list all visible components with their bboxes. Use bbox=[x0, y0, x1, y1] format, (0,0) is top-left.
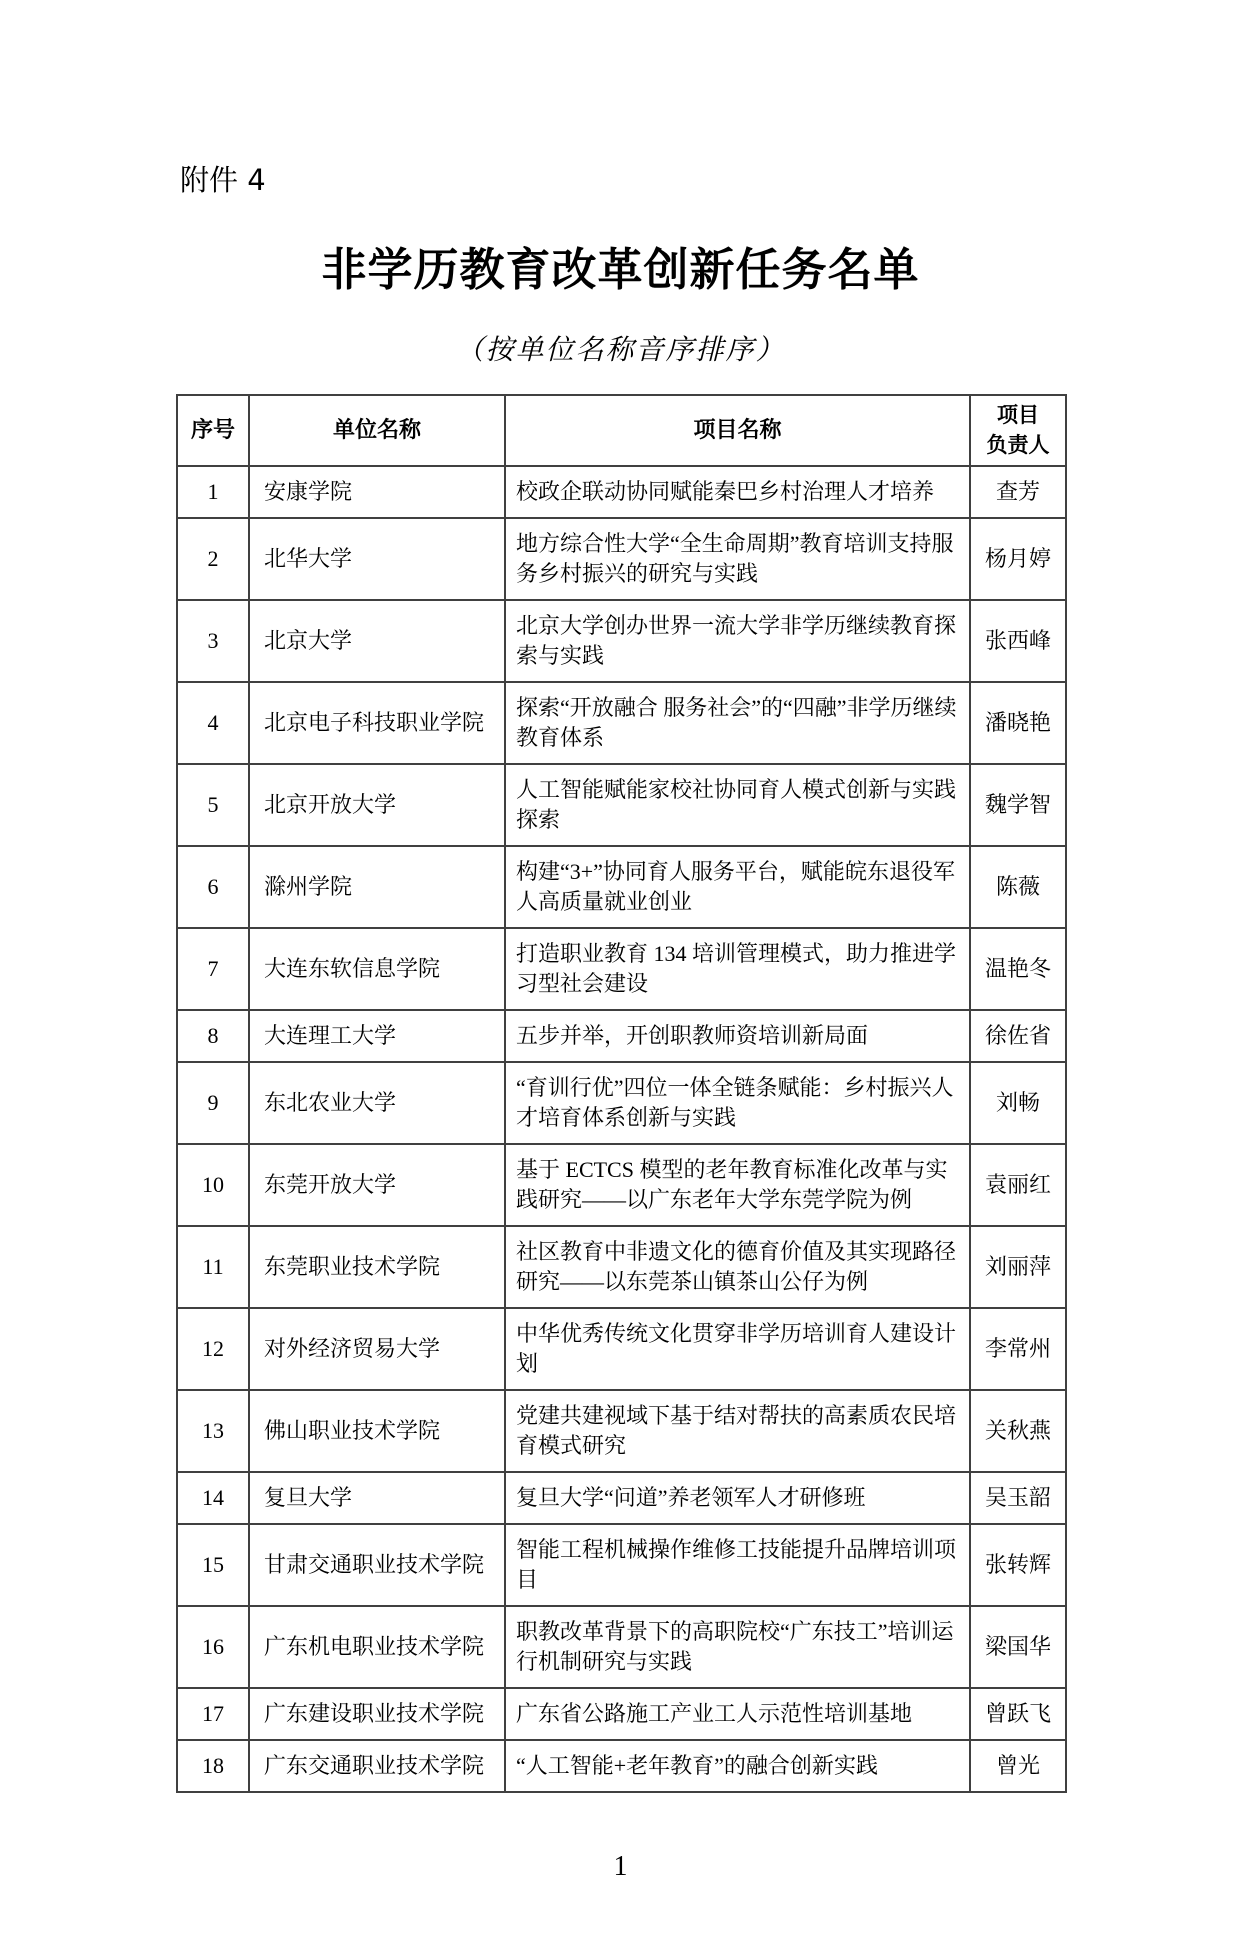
table-row: 17广东建设职业技术学院广东省公路施工产业工人示范性培训基地曾跃飞 bbox=[177, 1688, 1066, 1740]
table-body: 1安康学院校政企联动协同赋能秦巴乡村治理人才培养查芳2北华大学地方综合性大学“全… bbox=[177, 466, 1066, 1792]
serial-number-cell: 9 bbox=[177, 1062, 249, 1144]
unit-name-cell: 广东建设职业技术学院 bbox=[249, 1688, 505, 1740]
project-name-cell: 人工智能赋能家校社协同育人模式创新与实践探索 bbox=[505, 764, 970, 846]
leader-name-cell: 徐佐省 bbox=[970, 1010, 1066, 1062]
document-page: 附件 4 非学历教育改革创新任务名单 （按单位名称音序排序） 序号 单位名称 项… bbox=[0, 0, 1241, 1923]
project-name-cell: “育训行优”四位一体全链条赋能：乡村振兴人才培育体系创新与实践 bbox=[505, 1062, 970, 1144]
serial-number-cell: 14 bbox=[177, 1472, 249, 1524]
serial-number-cell: 11 bbox=[177, 1226, 249, 1308]
project-name-cell: 智能工程机械操作维修工技能提升品牌培训项目 bbox=[505, 1524, 970, 1606]
project-name-cell: 北京大学创办世界一流大学非学历继续教育探索与实践 bbox=[505, 600, 970, 682]
leader-name-cell: 袁丽红 bbox=[970, 1144, 1066, 1226]
serial-number-cell: 4 bbox=[177, 682, 249, 764]
unit-name-cell: 对外经济贸易大学 bbox=[249, 1308, 505, 1390]
header-project-leader-line1: 项目 bbox=[973, 400, 1063, 430]
table-row: 1安康学院校政企联动协同赋能秦巴乡村治理人才培养查芳 bbox=[177, 466, 1066, 518]
leader-name-cell: 温艳冬 bbox=[970, 928, 1066, 1010]
header-project-name: 项目名称 bbox=[505, 395, 970, 466]
serial-number-cell: 10 bbox=[177, 1144, 249, 1226]
leader-name-cell: 吴玉韶 bbox=[970, 1472, 1066, 1524]
table-row: 6滁州学院构建“3+”协同育人服务平台，赋能皖东退役军人高质量就业创业陈薇 bbox=[177, 846, 1066, 928]
serial-number-cell: 1 bbox=[177, 466, 249, 518]
leader-name-cell: 潘晓艳 bbox=[970, 682, 1066, 764]
table-row: 5北京开放大学人工智能赋能家校社协同育人模式创新与实践探索魏学智 bbox=[177, 764, 1066, 846]
project-name-cell: 社区教育中非遗文化的德育价值及其实现路径研究——以东莞茶山镇茶山公仔为例 bbox=[505, 1226, 970, 1308]
leader-name-cell: 曾跃飞 bbox=[970, 1688, 1066, 1740]
serial-number-cell: 13 bbox=[177, 1390, 249, 1472]
serial-number-cell: 15 bbox=[177, 1524, 249, 1606]
serial-number-cell: 8 bbox=[177, 1010, 249, 1062]
header-serial-number: 序号 bbox=[177, 395, 249, 466]
table-row: 11东莞职业技术学院社区教育中非遗文化的德育价值及其实现路径研究——以东莞茶山镇… bbox=[177, 1226, 1066, 1308]
leader-name-cell: 关秋燕 bbox=[970, 1390, 1066, 1472]
unit-name-cell: 东北农业大学 bbox=[249, 1062, 505, 1144]
project-name-cell: 五步并举，开创职教师资培训新局面 bbox=[505, 1010, 970, 1062]
task-list-table: 序号 单位名称 项目名称 项目 负责人 1安康学院校政企联动协同赋能秦巴乡村治理… bbox=[176, 394, 1067, 1793]
leader-name-cell: 查芳 bbox=[970, 466, 1066, 518]
unit-name-cell: 复旦大学 bbox=[249, 1472, 505, 1524]
project-name-cell: 地方综合性大学“全生命周期”教育培训支持服务乡村振兴的研究与实践 bbox=[505, 518, 970, 600]
serial-number-cell: 5 bbox=[177, 764, 249, 846]
project-name-cell: 复旦大学“问道”养老领军人才研修班 bbox=[505, 1472, 970, 1524]
page-title: 非学历教育改革创新任务名单 bbox=[176, 233, 1065, 298]
leader-name-cell: 曾光 bbox=[970, 1740, 1066, 1792]
project-name-cell: 基于 ECTCS 模型的老年教育标准化改革与实践研究——以广东老年大学东莞学院为… bbox=[505, 1144, 970, 1226]
serial-number-cell: 16 bbox=[177, 1606, 249, 1688]
attachment-label: 附件 4 bbox=[180, 166, 1065, 195]
header-project-leader: 项目 负责人 bbox=[970, 395, 1066, 466]
unit-name-cell: 东莞职业技术学院 bbox=[249, 1226, 505, 1308]
table-row: 7大连东软信息学院打造职业教育 134 培训管理模式，助力推进学习型社会建设温艳… bbox=[177, 928, 1066, 1010]
table-row: 13佛山职业技术学院党建共建视域下基于结对帮扶的高素质农民培育模式研究关秋燕 bbox=[177, 1390, 1066, 1472]
table-row: 3北京大学北京大学创办世界一流大学非学历继续教育探索与实践张西峰 bbox=[177, 600, 1066, 682]
leader-name-cell: 梁国华 bbox=[970, 1606, 1066, 1688]
leader-name-cell: 陈薇 bbox=[970, 846, 1066, 928]
table-row: 16广东机电职业技术学院职教改革背景下的高职院校“广东技工”培训运行机制研究与实… bbox=[177, 1606, 1066, 1688]
unit-name-cell: 滁州学院 bbox=[249, 846, 505, 928]
page-subtitle: （按单位名称音序排序） bbox=[176, 328, 1065, 368]
table-row: 18广东交通职业技术学院“人工智能+老年教育”的融合创新实践曾光 bbox=[177, 1740, 1066, 1792]
leader-name-cell: 杨月婷 bbox=[970, 518, 1066, 600]
project-name-cell: “人工智能+老年教育”的融合创新实践 bbox=[505, 1740, 970, 1792]
serial-number-cell: 12 bbox=[177, 1308, 249, 1390]
unit-name-cell: 佛山职业技术学院 bbox=[249, 1390, 505, 1472]
unit-name-cell: 安康学院 bbox=[249, 466, 505, 518]
leader-name-cell: 刘畅 bbox=[970, 1062, 1066, 1144]
table-header: 序号 单位名称 项目名称 项目 负责人 bbox=[177, 395, 1066, 466]
table-row: 10东莞开放大学基于 ECTCS 模型的老年教育标准化改革与实践研究——以广东老… bbox=[177, 1144, 1066, 1226]
unit-name-cell: 北京大学 bbox=[249, 600, 505, 682]
project-name-cell: 党建共建视域下基于结对帮扶的高素质农民培育模式研究 bbox=[505, 1390, 970, 1472]
table-row: 12对外经济贸易大学中华优秀传统文化贯穿非学历培训育人建设计划李常州 bbox=[177, 1308, 1066, 1390]
header-unit-name: 单位名称 bbox=[249, 395, 505, 466]
unit-name-cell: 大连理工大学 bbox=[249, 1010, 505, 1062]
project-name-cell: 构建“3+”协同育人服务平台，赋能皖东退役军人高质量就业创业 bbox=[505, 846, 970, 928]
unit-name-cell: 广东机电职业技术学院 bbox=[249, 1606, 505, 1688]
serial-number-cell: 3 bbox=[177, 600, 249, 682]
table-row: 8大连理工大学五步并举，开创职教师资培训新局面徐佐省 bbox=[177, 1010, 1066, 1062]
table-header-row: 序号 单位名称 项目名称 项目 负责人 bbox=[177, 395, 1066, 466]
unit-name-cell: 大连东软信息学院 bbox=[249, 928, 505, 1010]
unit-name-cell: 北华大学 bbox=[249, 518, 505, 600]
leader-name-cell: 张转辉 bbox=[970, 1524, 1066, 1606]
unit-name-cell: 北京电子科技职业学院 bbox=[249, 682, 505, 764]
serial-number-cell: 6 bbox=[177, 846, 249, 928]
serial-number-cell: 2 bbox=[177, 518, 249, 600]
project-name-cell: 校政企联动协同赋能秦巴乡村治理人才培养 bbox=[505, 466, 970, 518]
table-row: 14复旦大学复旦大学“问道”养老领军人才研修班吴玉韶 bbox=[177, 1472, 1066, 1524]
project-name-cell: 中华优秀传统文化贯穿非学历培训育人建设计划 bbox=[505, 1308, 970, 1390]
unit-name-cell: 甘肃交通职业技术学院 bbox=[249, 1524, 505, 1606]
unit-name-cell: 东莞开放大学 bbox=[249, 1144, 505, 1226]
table-row: 2北华大学地方综合性大学“全生命周期”教育培训支持服务乡村振兴的研究与实践杨月婷 bbox=[177, 518, 1066, 600]
leader-name-cell: 张西峰 bbox=[970, 600, 1066, 682]
leader-name-cell: 刘丽萍 bbox=[970, 1226, 1066, 1308]
serial-number-cell: 18 bbox=[177, 1740, 249, 1792]
header-project-leader-line2: 负责人 bbox=[973, 430, 1063, 460]
project-name-cell: 探索“开放融合 服务社会”的“四融”非学历继续教育体系 bbox=[505, 682, 970, 764]
project-name-cell: 广东省公路施工产业工人示范性培训基地 bbox=[505, 1688, 970, 1740]
project-name-cell: 打造职业教育 134 培训管理模式，助力推进学习型社会建设 bbox=[505, 928, 970, 1010]
table-row: 15甘肃交通职业技术学院智能工程机械操作维修工技能提升品牌培训项目张转辉 bbox=[177, 1524, 1066, 1606]
serial-number-cell: 17 bbox=[177, 1688, 249, 1740]
serial-number-cell: 7 bbox=[177, 928, 249, 1010]
table-row: 9东北农业大学“育训行优”四位一体全链条赋能：乡村振兴人才培育体系创新与实践刘畅 bbox=[177, 1062, 1066, 1144]
leader-name-cell: 魏学智 bbox=[970, 764, 1066, 846]
unit-name-cell: 广东交通职业技术学院 bbox=[249, 1740, 505, 1792]
project-name-cell: 职教改革背景下的高职院校“广东技工”培训运行机制研究与实践 bbox=[505, 1606, 970, 1688]
leader-name-cell: 李常州 bbox=[970, 1308, 1066, 1390]
unit-name-cell: 北京开放大学 bbox=[249, 764, 505, 846]
page-number: 1 bbox=[176, 1851, 1065, 1923]
table-row: 4北京电子科技职业学院探索“开放融合 服务社会”的“四融”非学历继续教育体系潘晓… bbox=[177, 682, 1066, 764]
